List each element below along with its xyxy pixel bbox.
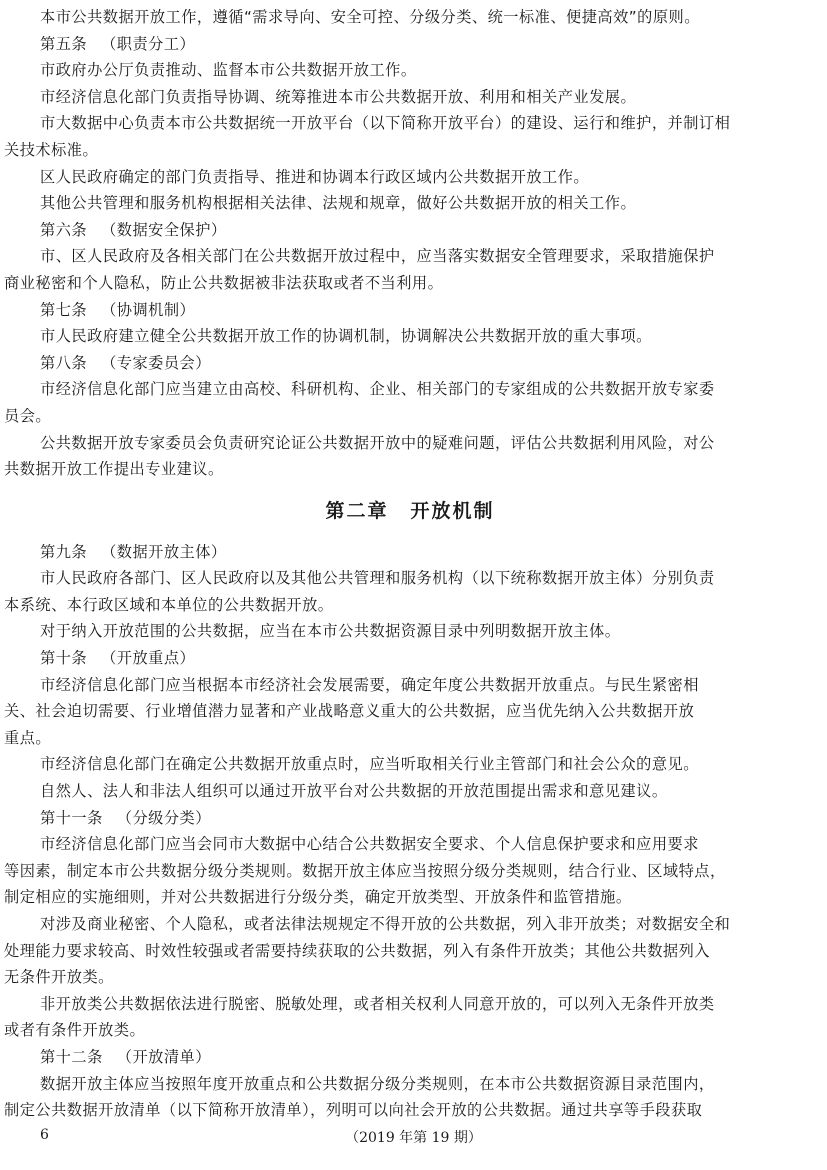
chapter-number: 第二章 xyxy=(325,500,388,522)
text-line: 重点。 xyxy=(4,725,816,752)
text-line: 市经济信息化部门在确定公共数据开放重点时，应当听取相关行业主管部门和社会公众的意… xyxy=(4,751,816,778)
chapter-title: 开放机制 xyxy=(411,500,495,522)
article-heading: 第九条（数据开放主体） xyxy=(4,539,816,566)
article-title: （协调机制） xyxy=(101,301,195,319)
chapter-heading: 第二章开放机制 xyxy=(4,483,816,539)
article-heading: 第十一条（分级分类） xyxy=(4,805,816,832)
article-number: 第七条 xyxy=(40,301,87,319)
text-line: 商业秘密和个人隐私，防止公共数据被非法获取或者不当利用。 xyxy=(4,270,816,297)
text-line: 本市公共数据开放工作，遵循“需求导向、安全可控、分级分类、统一标准、便捷高效”的… xyxy=(4,4,816,31)
text-line: 制定公共数据开放清单（以下简称开放清单），列明可以向社会开放的公共数据。通过共享… xyxy=(4,1097,816,1124)
text-line: 市、区人民政府及各相关部门在公共数据开放过程中，应当落实数据安全管理要求，采取措… xyxy=(4,243,816,270)
text-line: 区人民政府确定的部门负责指导、推进和协调本行政区域内公共数据开放工作。 xyxy=(4,164,816,191)
article-title: （分级分类） xyxy=(117,809,211,827)
text-line: 等因素，制定本市公共数据分级分类规则。数据开放主体应当按照分级分类规则，结合行业… xyxy=(4,858,816,885)
article-heading: 第十条（开放重点） xyxy=(4,645,816,672)
text-line: 公共数据开放专家委员会负责研究论证公共数据开放中的疑难问题，评估公共数据利用风险… xyxy=(4,430,816,457)
text-line: 共数据开放工作提出专业建议。 xyxy=(4,456,816,483)
article-title: （数据开放主体） xyxy=(101,543,227,561)
text-line: 市政府办公厅负责推动、监督本市公共数据开放工作。 xyxy=(4,57,816,84)
text-line: 市经济信息化部门负责指导协调、统筹推进本市公共数据开放、利用和相关产业发展。 xyxy=(4,84,816,111)
text-line: 市人民政府建立健全公共数据开放工作的协调机制，协调解决公共数据开放的重大事项。 xyxy=(4,323,816,350)
section-chapter-two: 第九条（数据开放主体）市人民政府各部门、区人民政府以及其他公共管理和服务机构（以… xyxy=(4,539,816,1124)
text-line: 非开放类公共数据依法进行脱密、脱敏处理，或者相关权利人同意开放的，可以列入无条件… xyxy=(4,991,816,1018)
text-line: 本系统、本行政区域和本单位的公共数据开放。 xyxy=(4,592,816,619)
issue-label: （2019 年第 19 期） xyxy=(0,1127,827,1147)
text-line: 或者有条件开放类。 xyxy=(4,1017,816,1044)
article-title: （开放重点） xyxy=(101,649,195,667)
text-line: 自然人、法人和非法人组织可以通过开放平台对公共数据的开放范围提出需求和意见建议。 xyxy=(4,778,816,805)
article-number: 第十二条 xyxy=(40,1048,103,1066)
text-line: 市经济信息化部门应当会同市大数据中心结合公共数据安全要求、个人信息保护要求和应用… xyxy=(4,831,816,858)
article-title: （开放清单） xyxy=(117,1048,211,1066)
article-number: 第十一条 xyxy=(40,809,103,827)
page-footer: 6 （2019 年第 19 期） xyxy=(0,1127,827,1151)
section-chapter-one-continued: 本市公共数据开放工作，遵循“需求导向、安全可控、分级分类、统一标准、便捷高效”的… xyxy=(4,4,816,483)
text-line: 其他公共管理和服务机构根据相关法律、法规和规章，做好公共数据开放的相关工作。 xyxy=(4,190,816,217)
article-heading: 第十二条（开放清单） xyxy=(4,1044,816,1071)
text-line: 对于纳入开放范围的公共数据，应当在本市公共数据资源目录中列明数据开放主体。 xyxy=(4,618,816,645)
article-title: （职责分工） xyxy=(101,35,195,53)
text-line: 市经济信息化部门应当根据本市经济社会发展需要，确定年度公共数据开放重点。与民生紧… xyxy=(4,672,816,699)
article-heading: 第八条（专家委员会） xyxy=(4,350,816,377)
article-number: 第十条 xyxy=(40,649,87,667)
text-line: 市人民政府各部门、区人民政府以及其他公共管理和服务机构（以下统称数据开放主体）分… xyxy=(4,565,816,592)
article-number: 第八条 xyxy=(40,354,87,372)
text-line: 市大数据中心负责本市公共数据统一开放平台（以下简称开放平台）的建设、运行和维护，… xyxy=(4,110,816,137)
document-page: 本市公共数据开放工作，遵循“需求导向、安全可控、分级分类、统一标准、便捷高效”的… xyxy=(4,4,816,1124)
text-line: 市经济信息化部门应当建立由高校、科研机构、企业、相关部门的专家组成的公共数据开放… xyxy=(4,376,816,403)
article-heading: 第五条（职责分工） xyxy=(4,31,816,58)
text-line: 无条件开放类。 xyxy=(4,964,816,991)
text-line: 关技术标准。 xyxy=(4,137,816,164)
text-line: 关、社会迫切需要、行业增值潜力显著和产业战略意义重大的公共数据，应当优先纳入公共… xyxy=(4,698,816,725)
article-title: （专家委员会） xyxy=(101,354,211,372)
article-title: （数据安全保护） xyxy=(101,221,227,239)
article-heading: 第六条（数据安全保护） xyxy=(4,217,816,244)
text-line: 数据开放主体应当按照年度开放重点和公共数据分级分类规则，在本市公共数据资源目录范… xyxy=(4,1071,816,1098)
text-line: 制定相应的实施细则，并对公共数据进行分级分类，确定开放类型、开放条件和监管措施。 xyxy=(4,884,816,911)
text-line: 员会。 xyxy=(4,403,816,430)
text-line: 对涉及商业秘密、个人隐私，或者法律法规规定不得开放的公共数据，列入非开放类；对数… xyxy=(4,911,816,938)
text-line: 处理能力要求较高、时效性较强或者需要持续获取的公共数据，列入有条件开放类；其他公… xyxy=(4,938,816,965)
article-heading: 第七条（协调机制） xyxy=(4,297,816,324)
article-number: 第九条 xyxy=(40,543,87,561)
article-number: 第六条 xyxy=(40,221,87,239)
article-number: 第五条 xyxy=(40,35,87,53)
